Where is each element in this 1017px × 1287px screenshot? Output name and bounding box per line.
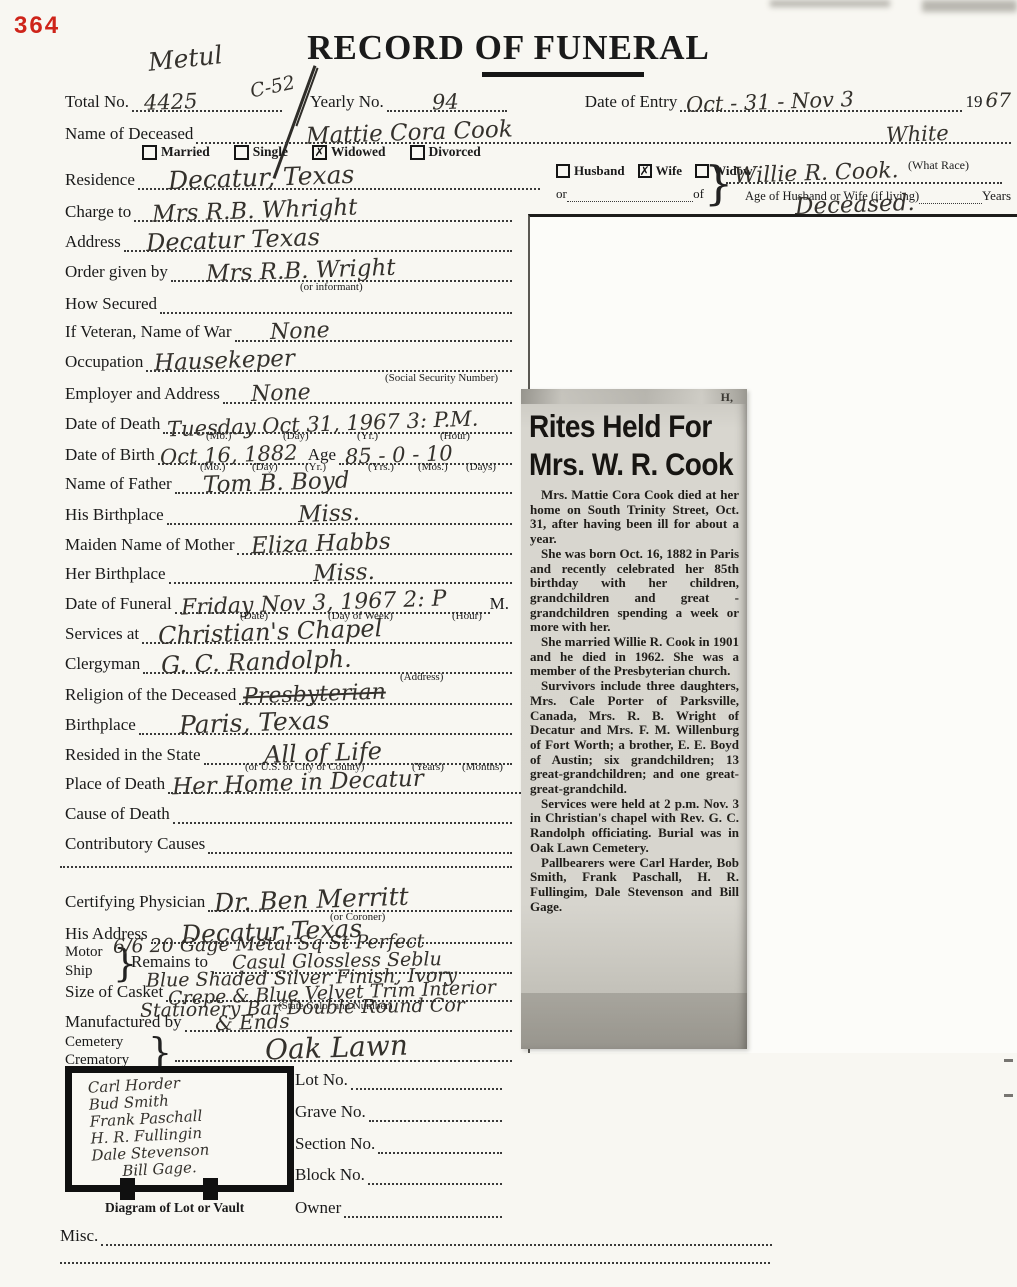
checkbox-label: Single: [253, 144, 288, 160]
field-value: Decatur Texas: [145, 223, 320, 257]
field-value: Her Home in Decatur: [172, 766, 425, 801]
clipping-paragraph: Survivors include three daughters, Mrs. …: [530, 679, 739, 797]
field-row-mother: Maiden Name of Mother Eliza Habbs: [65, 531, 512, 555]
field-label: Cause of Death: [65, 804, 173, 824]
year-prefix: 19: [962, 92, 986, 112]
field-row-name-of-deceased: Name of Deceased Mattie Cora Cook White: [65, 120, 1011, 144]
field-row-her-birthplace: Her Birthplace Miss.: [65, 560, 512, 584]
field-row-religion: Religion of the Deceased Presbyterian: [65, 681, 512, 705]
funeral-record-page: 364 RECORD OF FUNERAL Metul C-52 Total N…: [0, 0, 1017, 1287]
field-label: Manufactured by: [65, 1012, 185, 1032]
clipping-torn-fragment: H,: [721, 390, 733, 405]
field-label: Total No.: [65, 92, 132, 112]
field-value: Miss.: [297, 500, 360, 528]
field-row-manufactured-by: Manufactured by & Ends: [65, 1008, 512, 1032]
field-label: Residence: [65, 170, 138, 190]
field-label: Yearly No.: [310, 92, 387, 112]
field-row-lot-no: Lot No.: [295, 1068, 502, 1090]
field-label: His Birthplace: [65, 505, 167, 525]
field-row-block-no: Block No.: [295, 1163, 502, 1185]
scan-smudge: [922, 0, 1017, 12]
field-value: Paris, Texas: [178, 705, 330, 739]
checkbox-married: Married: [142, 144, 210, 160]
scan-smudge: [770, 0, 890, 7]
field-suffix: M.: [490, 594, 512, 614]
field-value: G. C. Randolph.: [161, 645, 353, 680]
clipping-paragraph: Mrs. Mattie Cora Cook died at her home o…: [530, 488, 739, 547]
diagram-caption: Diagram of Lot or Vault: [105, 1200, 244, 1216]
field-row-veteran-war: If Veteran, Name of War None: [65, 318, 512, 342]
lot-diagram-box: Carl Horder Bud Smith Frank Paschall H. …: [65, 1066, 294, 1192]
field-row-address: Address Decatur Texas: [65, 228, 512, 252]
clipping-paragraph: She married Willie R. Cook in 1901 and h…: [530, 635, 739, 679]
misc-line-2: [60, 1252, 770, 1264]
field-label: Date of Birth: [65, 445, 158, 465]
field-value: 94: [431, 90, 459, 115]
field-value: Eliza Habbs: [251, 529, 391, 560]
field-label: Certifying Physician: [65, 892, 208, 912]
field-label: Her Birthplace: [65, 564, 169, 584]
checkbox-box: ✗: [312, 145, 327, 160]
field-value: None: [250, 380, 311, 407]
section-divider: [60, 856, 512, 868]
field-label: Religion of the Deceased: [65, 685, 239, 705]
field-label: Owner: [295, 1198, 344, 1218]
clipping-paragraph: Pallbearers were Carl Harder, Bob Smith,…: [530, 856, 739, 915]
field-row-date-of-funeral: Date of Funeral Friday Nov 3, 1967 2: P …: [65, 590, 512, 614]
clipping-torn-edge: [521, 389, 747, 404]
field-label: Misc.: [60, 1226, 101, 1246]
field-label: Lot No.: [295, 1070, 351, 1090]
field-label: Name of Deceased: [65, 124, 196, 144]
field-value: None: [269, 318, 330, 345]
motor-label: Motor: [65, 944, 103, 961]
field-value: Miss.: [312, 559, 375, 587]
field-label: Section No.: [295, 1134, 378, 1154]
checkbox-label: Married: [161, 144, 210, 160]
diagram-leg: [203, 1178, 218, 1200]
field-label: Resided in the State: [65, 745, 204, 765]
field-value: Hausekeper: [154, 346, 296, 377]
field-row-residence: Residence Decatur, Texas: [65, 166, 540, 190]
field-row-employer: Employer and Address None: [65, 380, 512, 404]
field-row-how-secured: How Secured: [65, 290, 512, 314]
checkbox-divorced: Divorced: [410, 144, 481, 160]
checkbox-label: Divorced: [429, 144, 481, 160]
field-label: Occupation: [65, 352, 146, 372]
field-label: Contributory Causes: [65, 834, 208, 854]
field-label: Address: [65, 232, 124, 252]
cemetery-line: Oak Lawn: [175, 1036, 512, 1062]
cemetery-value: Oak Lawn: [264, 1029, 408, 1067]
field-value: 4425: [144, 89, 198, 115]
field-row-misc: Misc.: [60, 1222, 772, 1246]
field-label: If Veteran, Name of War: [65, 322, 235, 342]
field-label: Grave No.: [295, 1102, 369, 1122]
checkbox-label: Wife: [656, 163, 682, 179]
checkbox-box: [234, 145, 249, 160]
field-row-charge-to: Charge to Mrs R.B. Whright: [65, 198, 512, 222]
field-label: Services at: [65, 624, 142, 644]
field-row-contributory: Contributory Causes: [65, 830, 512, 854]
field-row-order-given-by: Order given by Mrs R.B. Wright: [65, 258, 512, 282]
field-value: & Ends: [214, 1009, 290, 1036]
year-value: 67: [986, 88, 1011, 112]
field-row-cause-of-death: Cause of Death: [65, 800, 512, 824]
checkbox-box: [556, 164, 570, 178]
checkbox-wife: ✗ Wife: [638, 163, 682, 179]
field-value: Tom B. Boyd: [202, 467, 349, 498]
checkbox-box: [142, 145, 157, 160]
checkbox-label: Widowed: [331, 144, 386, 160]
checkbox-box: [410, 145, 425, 160]
spouse-or-line: or of: [556, 182, 704, 202]
spouse-name-line: Willie R. Cook.: [726, 158, 1002, 184]
field-row-owner: Owner: [295, 1196, 502, 1218]
clipping-paragraph: Services were held at 2 p.m. Nov. 3 in C…: [530, 797, 739, 856]
clipping-bottom-shade: [521, 993, 747, 1049]
of-label: of: [693, 186, 704, 202]
years-label: Years: [982, 188, 1011, 204]
field-label: Charge to: [65, 202, 134, 222]
field-label: Name of Father: [65, 474, 175, 494]
field-row-certifying-physician: Certifying Physician Dr. Ben Merritt: [65, 888, 512, 912]
field-row-section-no: Section No.: [295, 1132, 502, 1154]
clipping-headline-2: Mrs. W. R. Cook: [529, 447, 733, 483]
cemetery-label: Cemetery: [65, 1034, 123, 1051]
field-value: Decatur, Texas: [167, 160, 354, 195]
field-value: Mrs R.B. Whright: [152, 194, 358, 227]
field-label: Maiden Name of Mother: [65, 535, 237, 555]
field-row-birthplace: Birthplace Paris, Texas: [65, 711, 512, 735]
marital-status-group: Married Single ✗ Widowed Divorced: [142, 144, 481, 160]
pallbearer-names: Carl Horder Bud Smith Frank Paschall H. …: [69, 1067, 289, 1182]
field-value: Oct - 31 - Nov 3: [686, 87, 855, 117]
race-value: White: [886, 121, 950, 147]
field-row-occupation: Occupation Hausekeper: [65, 348, 512, 372]
field-row-services-at: Services at Christian's Chapel: [65, 620, 512, 644]
field-row-his-birthplace: His Birthplace Miss.: [65, 501, 512, 525]
pen-note-material: Metul: [147, 40, 224, 77]
clipping-headline-1: Rites Held For: [529, 409, 712, 445]
field-label: Date of Death: [65, 414, 163, 434]
or-label: or: [556, 186, 567, 202]
checkbox-label: Husband: [574, 163, 625, 179]
title-underline: [482, 72, 644, 77]
field-label: Date of Funeral: [65, 594, 175, 614]
field-row-place-of-death: Place of Death Her Home in Decatur: [65, 770, 525, 794]
field-label: Date of Entry: [585, 92, 681, 112]
field-label: Employer and Address: [65, 384, 223, 404]
field-label: Birthplace: [65, 715, 139, 735]
field-row-father: Name of Father Tom B. Boyd: [65, 470, 512, 494]
checkbox-box: ✗: [638, 164, 652, 178]
field-row-clergyman: Clergyman G. C. Randolph.: [65, 650, 512, 674]
field-row-total-no: Total No. 4425 Yearly No. 94 Date of Ent…: [65, 88, 1011, 112]
clipping-paragraph: She was born Oct. 16, 1882 in Paris and …: [530, 547, 739, 635]
clipping-body: Mrs. Mattie Cora Cook died at her home o…: [530, 488, 739, 914]
checkbox-single: Single: [234, 144, 288, 160]
checkbox-widowed: ✗ Widowed: [312, 144, 386, 160]
checkbox-husband: Husband: [556, 163, 625, 179]
field-label: Block No.: [295, 1165, 368, 1185]
field-row-grave-no: Grave No.: [295, 1100, 502, 1122]
field-label: How Secured: [65, 294, 160, 314]
field-label: Order given by: [65, 262, 171, 282]
diagram-leg: [120, 1178, 135, 1200]
field-label: Place of Death: [65, 774, 168, 794]
newspaper-clipping: H, Rites Held For Mrs. W. R. Cook Mrs. M…: [521, 389, 747, 1049]
field-label: Clergyman: [65, 654, 143, 674]
